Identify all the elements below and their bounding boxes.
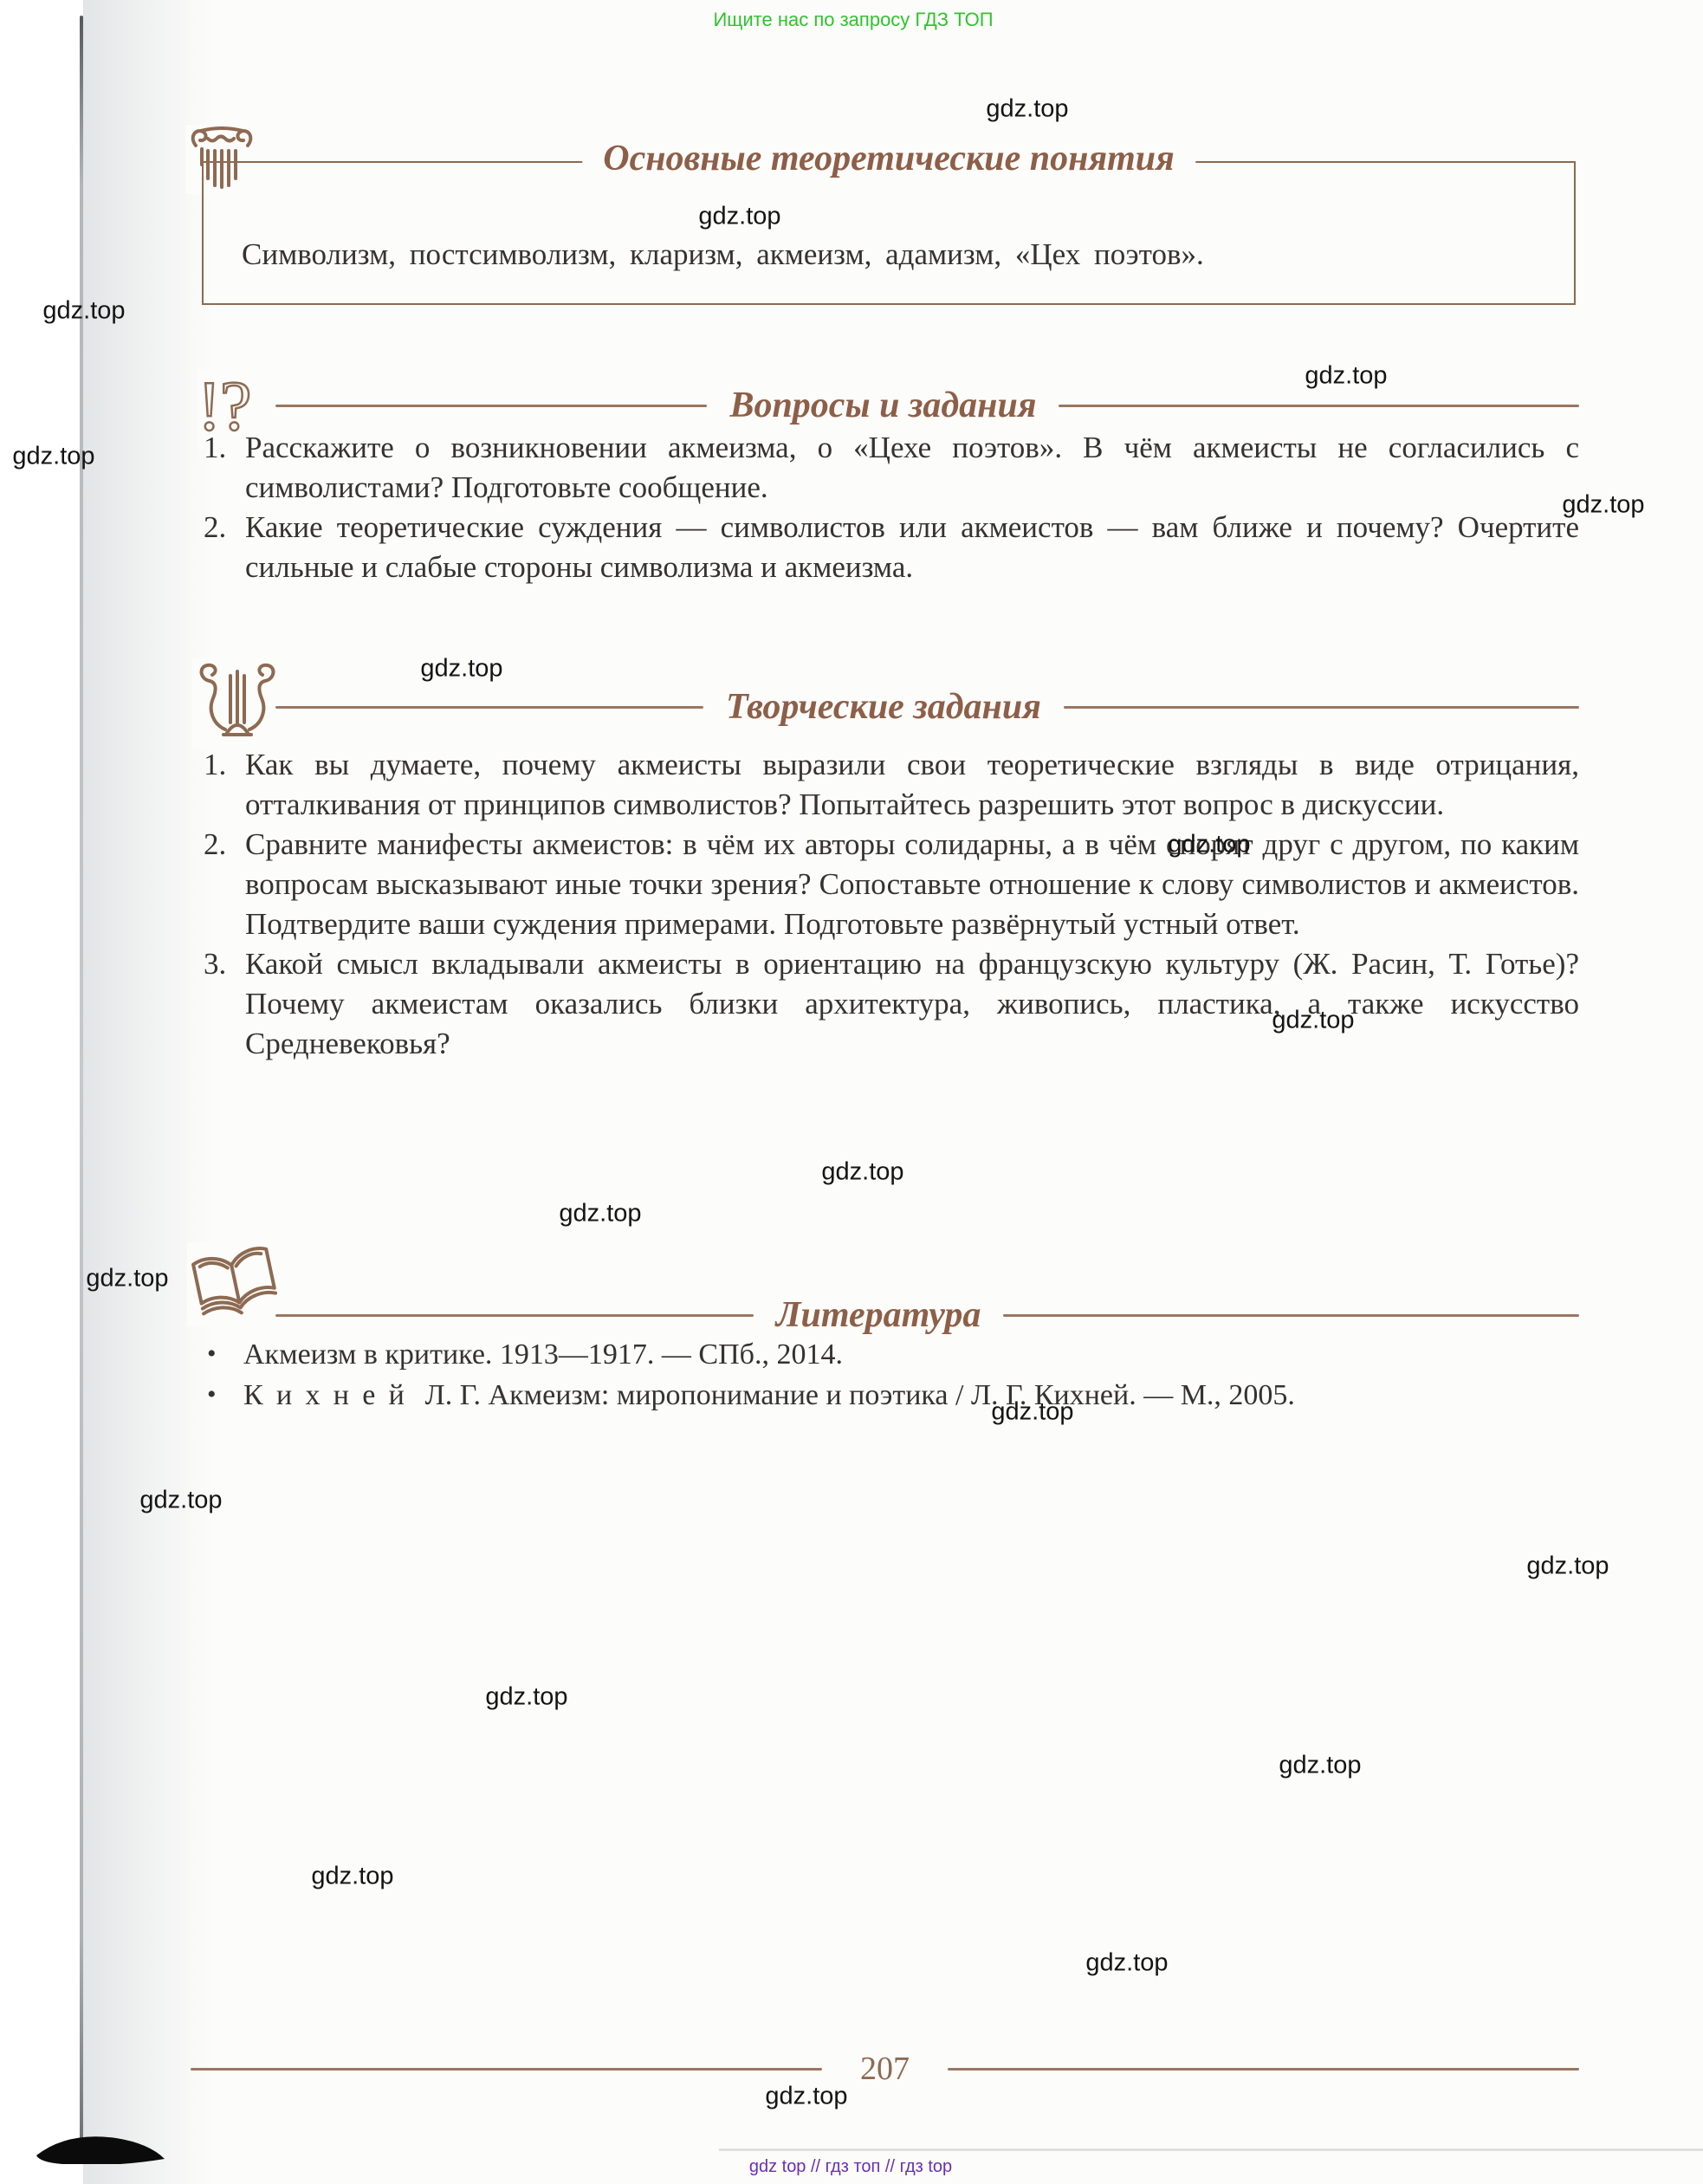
section-title-concepts: Основные теоретические понятия xyxy=(582,138,1195,179)
header-rule-left xyxy=(275,405,707,407)
watermark: gdz.top xyxy=(986,95,1068,124)
footer-rule-right xyxy=(948,2068,1579,2071)
list-item: Какие теоретические суждения — символист… xyxy=(202,508,1579,587)
watermark: gdz.top xyxy=(1562,491,1644,520)
page-background xyxy=(82,0,1703,2184)
creative-tasks-list: Как вы думаете, почему акмеисты выразили… xyxy=(202,745,1579,1064)
list-item-text: Какие теоретические суждения — символист… xyxy=(245,510,1579,584)
list-item: Как вы думаете, почему акмеисты выразили… xyxy=(202,745,1579,825)
page-footer: 207 xyxy=(191,2046,1579,2091)
watermark: gdz.top xyxy=(420,655,502,684)
bib-author: Кихней xyxy=(243,1379,418,1411)
open-book-icon xyxy=(187,1242,284,1327)
watermark: gdz.top xyxy=(1272,1007,1354,1035)
watermark: gdz.top xyxy=(86,1265,168,1293)
section-header-creative: Творческие задания xyxy=(275,684,1579,729)
list-item-text: Как вы думаете, почему акмеисты выразили… xyxy=(245,748,1579,821)
header-rule-left xyxy=(275,706,703,709)
promo-note-top: Ищите нас по запросу ГДЗ ТОП xyxy=(713,9,993,31)
watermark: gdz.top xyxy=(698,203,780,231)
watermark: gdz.top xyxy=(559,1200,641,1228)
questions-list: Расскажите о возникновении акмеизма, о «… xyxy=(202,428,1579,587)
header-rule-right xyxy=(1003,1314,1579,1317)
bib-text: Л. Г. Акмеизм: миропонимание и поэтика /… xyxy=(425,1379,1295,1411)
list-item-text: Какой смысл вкладывали акмеисты в ориент… xyxy=(245,947,1579,1060)
bibliography-list: Акмеизм в критике. 1913—1917. — СПб., 20… xyxy=(202,1334,1579,1416)
scan-streak xyxy=(719,2148,1703,2151)
watermark: gdz.top xyxy=(139,1487,222,1515)
page-edge-line xyxy=(80,16,83,2147)
bibliography-item: Акмеизм в критике. 1913—1917. — СПб., 20… xyxy=(202,1334,1579,1375)
watermark: gdz.top xyxy=(1305,362,1387,391)
bib-text: Акмеизм в критике. 1913—1917. — СПб., 20… xyxy=(243,1338,843,1371)
header-rule-right xyxy=(1064,706,1579,709)
watermark: gdz.top xyxy=(821,1158,903,1187)
section-title-literature: Литература xyxy=(776,1294,981,1336)
header-rule-right xyxy=(1059,405,1579,407)
section-header-literature: Литература xyxy=(275,1293,1579,1338)
scanned-textbook-page: Ищите нас по запросу ГДЗ ТОП Основные те… xyxy=(0,0,1703,2184)
watermark: gdz.top xyxy=(765,2083,847,2111)
watermark: gdz.top xyxy=(1168,831,1250,859)
lyre-icon xyxy=(192,658,282,749)
list-item: Сравните манифесты акмеистов: в чём их а… xyxy=(202,825,1579,944)
watermark: gdz.top xyxy=(42,297,125,326)
list-item: Какой смысл вкладывали акмеисты в ориент… xyxy=(202,944,1579,1064)
section-title-questions: Вопросы и задания xyxy=(729,385,1036,426)
watermark: gdz.top xyxy=(1279,1752,1361,1780)
watermark: gdz.top xyxy=(12,443,94,471)
concepts-box: Основные теоретические понятия Символизм… xyxy=(202,161,1576,305)
header-rule-left xyxy=(275,1314,754,1317)
watermark: gdz.top xyxy=(1526,1552,1609,1581)
watermark: gdz.top xyxy=(485,1683,567,1712)
page-left-shadow xyxy=(83,0,213,2184)
watermark: gdz.top xyxy=(311,1863,393,1891)
promo-note-bottom: gdz top // гдз топ // гдз top xyxy=(749,2157,952,2177)
watermark: gdz.top xyxy=(991,1398,1073,1427)
book-spine-shadow xyxy=(33,2128,168,2168)
list-item-text: Сравните манифесты акмеистов: в чём их а… xyxy=(245,827,1579,941)
bibliography-item: Кихней Л. Г. Акмеизм: миропонимание и по… xyxy=(202,1375,1579,1416)
list-item-text: Расскажите о возникновении акмеизма, о «… xyxy=(245,431,1579,504)
watermark: gdz.top xyxy=(1085,1949,1168,1978)
footer-rule-left xyxy=(191,2068,822,2071)
list-item: Расскажите о возникновении акмеизма, о «… xyxy=(202,428,1579,508)
section-title-creative: Творческие задания xyxy=(726,686,1041,728)
